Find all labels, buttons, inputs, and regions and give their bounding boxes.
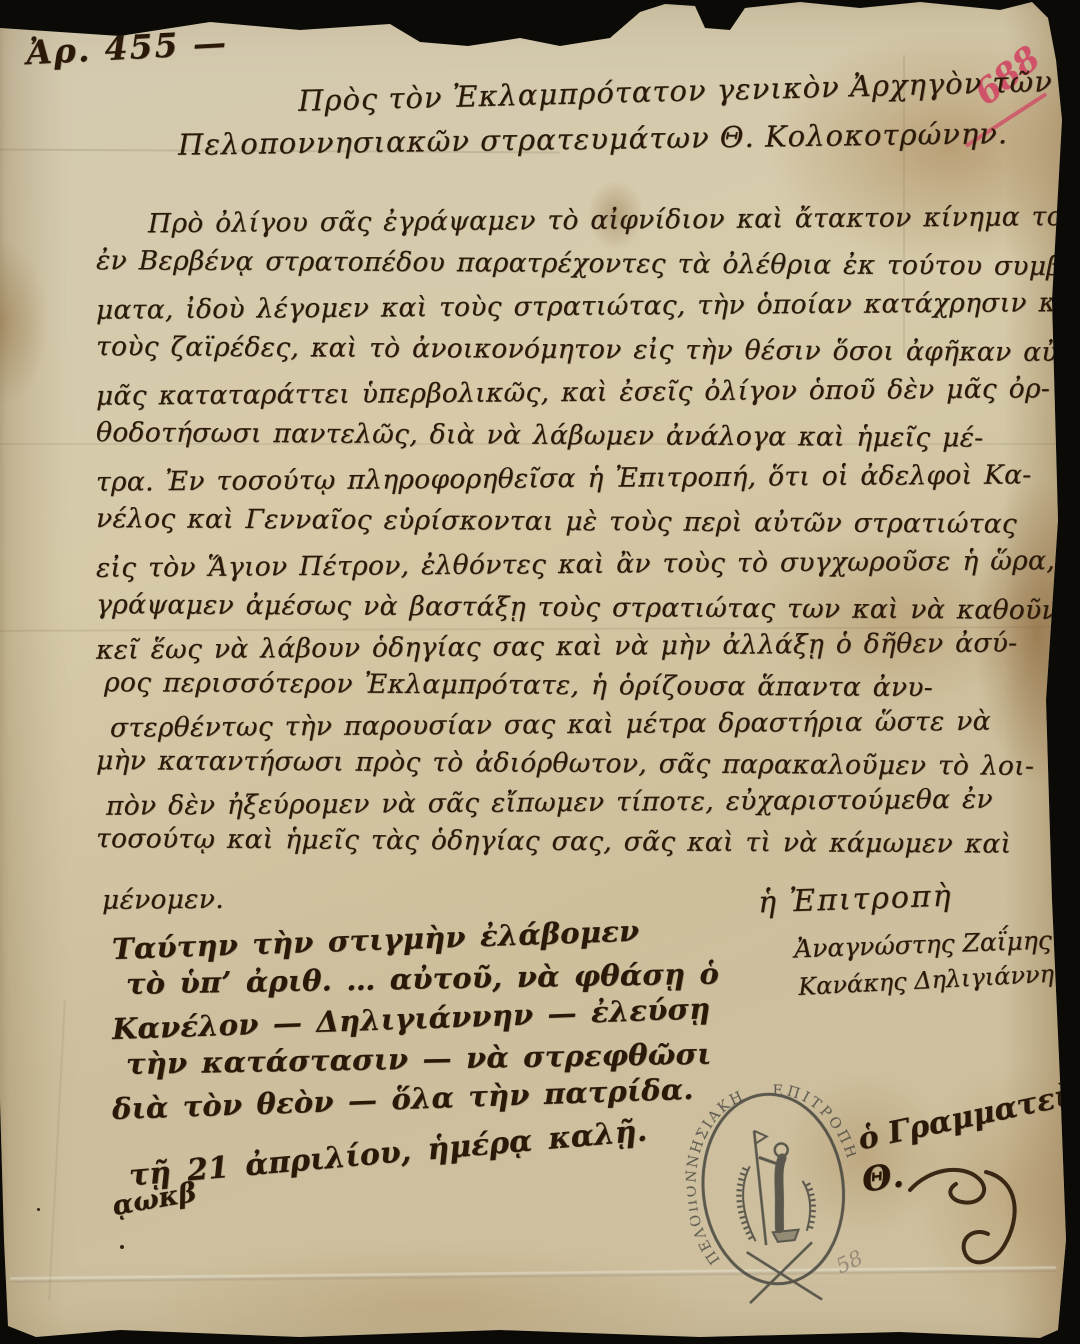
signature-member-1: Ἀναγνώστης Ζαΐμης: [794, 926, 1053, 964]
stamp-branch-left: [740, 1166, 758, 1242]
letter-body-line: ματα, ἰδοὺ λέγομεν καὶ τοὺς στρατιώτας, …: [96, 287, 1046, 337]
letter-body-line: Πρὸ ὀλίγου σᾶς ἐγράψαμεν τὸ αἰφνίδιον κα…: [96, 201, 1046, 251]
svg-text:ΠΕΛΟΠΟΝΝΗΣΙΑΚΗ: ΠΕΛΟΠΟΝΝΗΣΙΑΚΗ: [677, 1088, 764, 1270]
manuscript-page: Ἀρ. 455 — 688 58 Πρὸς τὸν Ἐκλαμπρότατον …: [0, 0, 1080, 1344]
ink-speck: [120, 1245, 124, 1249]
letter-body-line: εἰς τὸν Ἅγιον Πέτρον, ἐλθόντες καὶ ἂν το…: [96, 545, 1046, 595]
address-header-line1: Πρὸς τὸν Ἐκλαμπρότατον γενικὸν Ἀρχηγὸν τ…: [298, 64, 1053, 118]
signature-member-2: Κανάκης Δηλιγιάννης: [797, 959, 1068, 1001]
scan-background: Ἀρ. 455 — 688 58 Πρὸς τὸν Ἐκλαμπρότατον …: [0, 0, 1080, 1344]
letter-body-line: νέλος καὶ Γενναῖος εὑρίσκονται μὲ τοὺς π…: [96, 503, 1046, 552]
letter-body-line: μὴν καταντήσωσι πρὸς τὸ ἀδιόρθωτον, σᾶς …: [96, 745, 1046, 790]
stamp-text-left: ΠΕΛΟΠΟΝΝΗΣΙΑΚΗ: [677, 1088, 764, 1270]
letter-body-line: γράψαμεν ἀμέσως νὰ βαστάξῃ τοὺς στρατιώτ…: [96, 589, 1046, 634]
address-header-line2: Πελοποννησιακῶν στρατευμάτων Θ. Κολοκοτρ…: [178, 116, 1008, 162]
stamp-spear: [754, 1131, 766, 1245]
year-notation: ᾳωκβ: [110, 1177, 199, 1222]
stamp-cross: [747, 1245, 822, 1307]
secretary-title: ὁ Γραμματεὺς: [855, 1074, 1080, 1158]
letter-body-line: κεῖ ἕως νὰ λάβουν ὁδηγίας σας καὶ νὰ μὴν…: [96, 627, 1046, 673]
letter-body-line: μᾶς καταταράττει ὑπερβολικῶς, καὶ ἐσεῖς …: [96, 373, 1046, 423]
stamp-figure-body: [772, 1158, 789, 1229]
archive-number: Ἀρ. 455 —: [25, 23, 229, 73]
postscript: Ταύτην τὴν στιγμὴν ἐλάβομεντὸ ὑπ’ ἀριθ. …: [112, 922, 692, 1122]
closing-committee: ἡ Ἐπιτροπὴ: [757, 879, 953, 921]
letter-body-line: θοδοτήσωσι παντελῶς, διὰ νὰ λάβωμεν ἀνάλ…: [96, 417, 1046, 466]
letter-body-line: τοὺς ζαϊρέδες, καὶ τὸ ἀνοικονόμητον εἰς …: [96, 331, 1046, 380]
fold-crease: [48, 1000, 66, 1300]
secretary-signature-flourish: [900, 1150, 1070, 1300]
letter-body-line: ρος περισσότερον Ἐκλαμπρότατε, ἡ ὁρίζουσ…: [104, 667, 1046, 712]
letter-body-line: τοσούτῳ καὶ ἡμεῖς τὰς ὁδηγίας σας, σᾶς κ…: [96, 823, 1046, 868]
letter-body-line: τρα. Ἐν τοσούτῳ πληροφορηθεῖσα ἡ Ἐπιτροπ…: [96, 459, 1046, 509]
letter-body-line: πὸν δὲν ἠξεύρομεν νὰ σᾶς εἴπωμεν τίποτε,…: [106, 783, 1046, 829]
committee-stamp: ΠΕΛΟΠΟΝΝΗΣΙΑΚΗ ΕΠΙΤΡΟΠΗ: [677, 1076, 871, 1317]
letter-body-line: στερθέντως τὴν παρουσίαν σας καὶ μέτρα δ…: [110, 705, 1046, 751]
letter-body: Πρὸ ὀλίγου σᾶς ἐγράψαμεν τὸ αἰφνίδιον κα…: [96, 205, 1046, 920]
letter-body-line: ἐν Βερβένᾳ στρατοπέδου παρατρέχοντες τὰ …: [96, 245, 1046, 294]
ink-speck: [37, 1208, 40, 1211]
